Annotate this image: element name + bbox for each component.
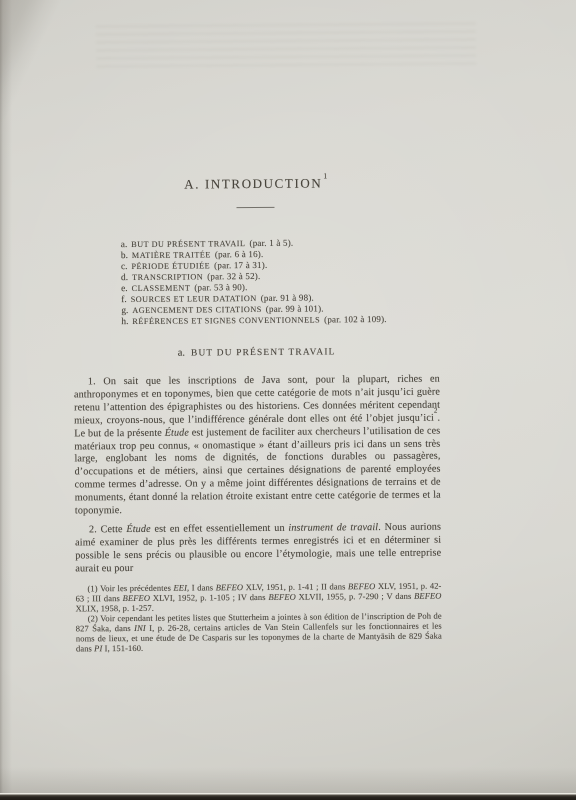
title-footnote-ref: 1 [323, 171, 327, 180]
bottom-shadow [0, 767, 576, 793]
paragraph-1: 1. On sait que les inscriptions de Java … [74, 374, 441, 519]
toc-item-letter: h. [121, 317, 128, 327]
photo-bottom-edge [0, 793, 576, 800]
section-heading-label: BUT DU PRÉSENT TRAVAIL [191, 347, 336, 358]
title-divider-rule [236, 207, 274, 208]
toc-item-pars: (par. 102 à 109). [324, 314, 387, 324]
section-heading: a. BUT DU PRÉSENT TRAVAIL [74, 341, 440, 361]
table-of-contents: a. BUT DU PRÉSENT TRAVAIL (par. 1 à 5). … [121, 235, 440, 325]
page-title: A. INTRODUCTION1 [71, 0, 438, 192]
footnote-1: (1) Voir les précédentes EEI, I dans BEF… [75, 580, 441, 613]
toc-item-label: RÉFÉRENCES ET SIGNES CONVENTIONNELS [132, 316, 320, 326]
section-heading-letter: a. [178, 348, 185, 359]
footnote-2: (2) Voir cependant les petites listes qu… [76, 610, 442, 653]
page-title-text: A. INTRODUCTION [184, 175, 322, 191]
footnotes-block: (1) Voir les précédentes EEI, I dans BEF… [75, 580, 442, 654]
paragraph-2: 2. Cette Étude est en effet essentiellem… [75, 522, 441, 576]
toc-item: h. RÉFÉRENCES ET SIGNES CONVENTIONNELS (… [121, 312, 439, 325]
page-content: A. INTRODUCTION1 a. BUT DU PRÉSENT TRAVA… [71, 0, 442, 654]
book-page-photo: A. INTRODUCTION1 a. BUT DU PRÉSENT TRAVA… [0, 0, 576, 800]
